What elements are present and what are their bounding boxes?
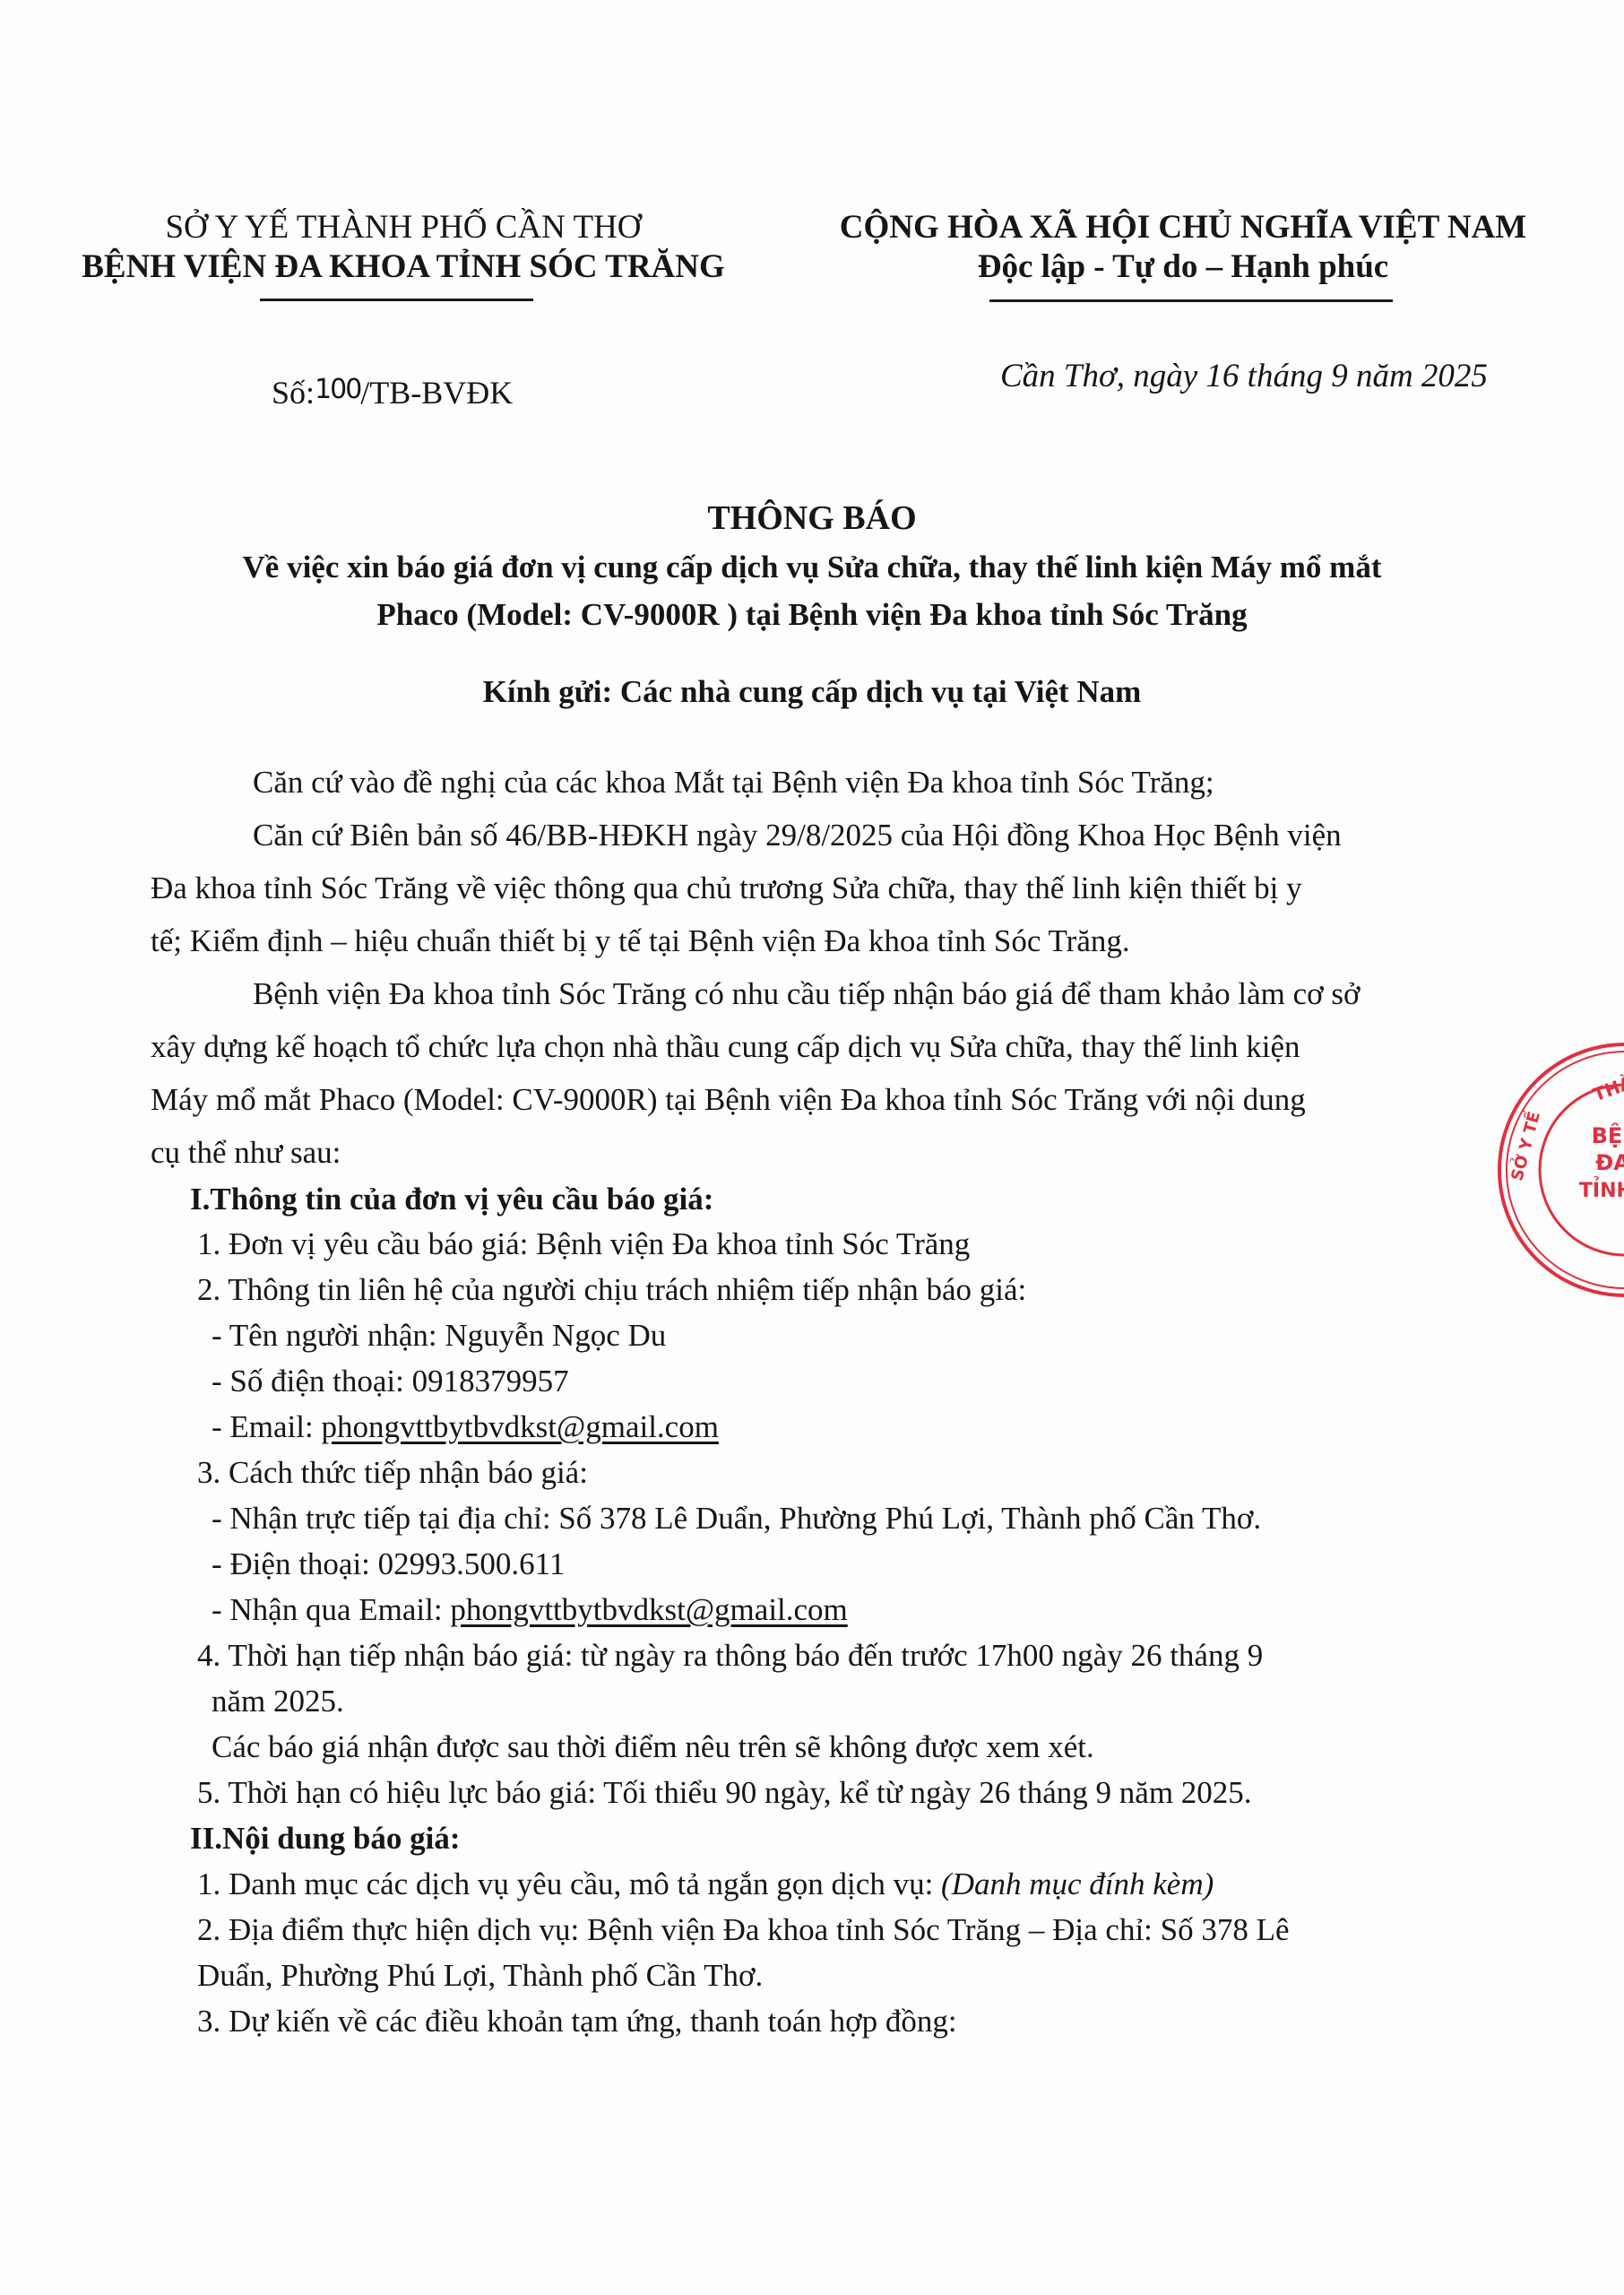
- svg-text:THÀNH: THÀNH: [1590, 1061, 1624, 1106]
- agency-header: SỞ Y YẾ THÀNH PHỐ CẦN THƠ BỆNH VIỆN ĐA K…: [54, 208, 753, 287]
- section-1-item-1: 1. Đơn vị yêu cầu báo giá: Bệnh viện Đa …: [197, 1225, 970, 1264]
- section-1-item-4-line-2: năm 2025.: [212, 1682, 344, 1721]
- document-title: THÔNG BÁO: [0, 498, 1624, 538]
- recipient-name: - Tên người nhận: Nguyễn Ngọc Du: [212, 1316, 666, 1355]
- header-right-rule: [989, 299, 1393, 302]
- purpose-paragraph-line-2: xây dựng kế hoạch tổ chức lựa chọn nhà t…: [151, 1027, 1300, 1067]
- recipient-phone: - Số điện thoại: 0918379957: [212, 1362, 569, 1401]
- purpose-paragraph-line-4: cụ thể như sau:: [151, 1133, 341, 1173]
- country-name: CỘNG HÒA XÃ HỘI CHỦ NGHĨA VIỆT NAM: [811, 208, 1555, 247]
- purpose-paragraph-line-1: Bệnh viện Đa khoa tỉnh Sóc Trăng có nhu …: [253, 974, 1361, 1014]
- purpose-paragraph-line-3: Máy mổ mắt Phaco (Model: CV-9000R) tại B…: [151, 1080, 1306, 1120]
- section-1-heading: I.Thông tin của đơn vị yêu cầu báo giá:: [190, 1180, 713, 1219]
- basis-paragraph-2-line-2: Đa khoa tỉnh Sóc Trăng về việc thông qua…: [151, 869, 1302, 908]
- email-link[interactable]: phongvttbytbvdkst@gmail.com: [450, 1592, 847, 1627]
- section-2-item-3: 3. Dự kiến về các điều khoản tạm ứng, th…: [197, 2002, 957, 2041]
- national-header: CỘNG HÒA XÃ HỘI CHỦ NGHĨA VIỆT NAM Độc l…: [811, 208, 1555, 287]
- section-1-item-3: 3. Cách thức tiếp nhận báo giá:: [197, 1453, 588, 1493]
- section-1-item-2: 2. Thông tin liên hệ của người chịu trác…: [197, 1270, 1026, 1310]
- svg-text:TỈNH SÓ: TỈNH SÓ: [1579, 1177, 1624, 1202]
- section-2-item-2-line-1: 2. Địa điểm thực hiện dịch vụ: Bệnh viện…: [197, 1910, 1290, 1950]
- recipient-line: Kính gửi: Các nhà cung cấp dịch vụ tại V…: [0, 672, 1624, 712]
- parent-agency: SỞ Y YẾ THÀNH PHỐ CẦN THƠ: [54, 208, 753, 247]
- section-1-item-5: 5. Thời hạn có hiệu lực báo giá: Tối thi…: [197, 1773, 1252, 1813]
- header-left-rule: [260, 299, 533, 301]
- basis-paragraph-1: Căn cứ vào đề nghị của các khoa Mắt tại …: [253, 763, 1214, 802]
- section-2-item-1: 1. Danh mục các dịch vụ yêu cầu, mô tả n…: [197, 1865, 1214, 1904]
- basis-paragraph-2-line-1: Căn cứ Biên bản số 46/BB-HĐKH ngày 29/8/…: [253, 816, 1342, 855]
- svg-text:BỆNH: BỆNH: [1592, 1122, 1624, 1148]
- svg-text:ĐA K: ĐA K: [1595, 1150, 1624, 1175]
- recipient-email-row: - Email: phongvttbytbvdkst@gmail.com: [212, 1407, 719, 1447]
- section-2-heading: II.Nội dung báo giá:: [190, 1819, 460, 1858]
- section-2-item-2-line-2: Duẩn, Phường Phú Lợi, Thành phố Cần Thơ.: [197, 1956, 763, 1996]
- submission-email-row: - Nhận qua Email: phongvttbytbvdkst@gmai…: [212, 1590, 848, 1630]
- submission-address: - Nhận trực tiếp tại địa chỉ: Số 378 Lê …: [212, 1499, 1261, 1538]
- official-seal-icon: THÀNH SỞ Y TẾ BỆNH ĐA K TỈNH SÓ: [1495, 1040, 1624, 1300]
- attachment-note: (Danh mục đính kèm): [941, 1866, 1214, 1901]
- issuing-organization: BỆNH VIỆN ĐA KHOA TỈNH SÓC TRĂNG: [54, 247, 753, 287]
- handwritten-number: 100: [315, 374, 360, 405]
- section-1-item-4-note: Các báo giá nhận được sau thời điểm nêu …: [212, 1728, 1094, 1767]
- motto: Độc lập - Tự do – Hạnh phúc: [811, 247, 1555, 287]
- document-number: Số:100/TB-BVĐK: [272, 370, 513, 412]
- section-1-item-4-line-1: 4. Thời hạn tiếp nhận báo giá: từ ngày r…: [197, 1636, 1263, 1676]
- submission-phone: - Điện thoại: 02993.500.611: [212, 1545, 565, 1584]
- basis-paragraph-2-line-3: tế; Kiểm định – hiệu chuẩn thiết bị y tế…: [151, 922, 1130, 961]
- subtitle-line-1: Về việc xin báo giá đơn vị cung cấp dịch…: [0, 548, 1624, 587]
- place-date: Cần Thơ, ngày 16 tháng 9 năm 2025: [1000, 357, 1488, 396]
- email-link[interactable]: phongvttbytbvdkst@gmail.com: [321, 1409, 718, 1444]
- subtitle-line-2: Phaco (Model: CV-9000R ) tại Bệnh viện Đ…: [0, 595, 1624, 635]
